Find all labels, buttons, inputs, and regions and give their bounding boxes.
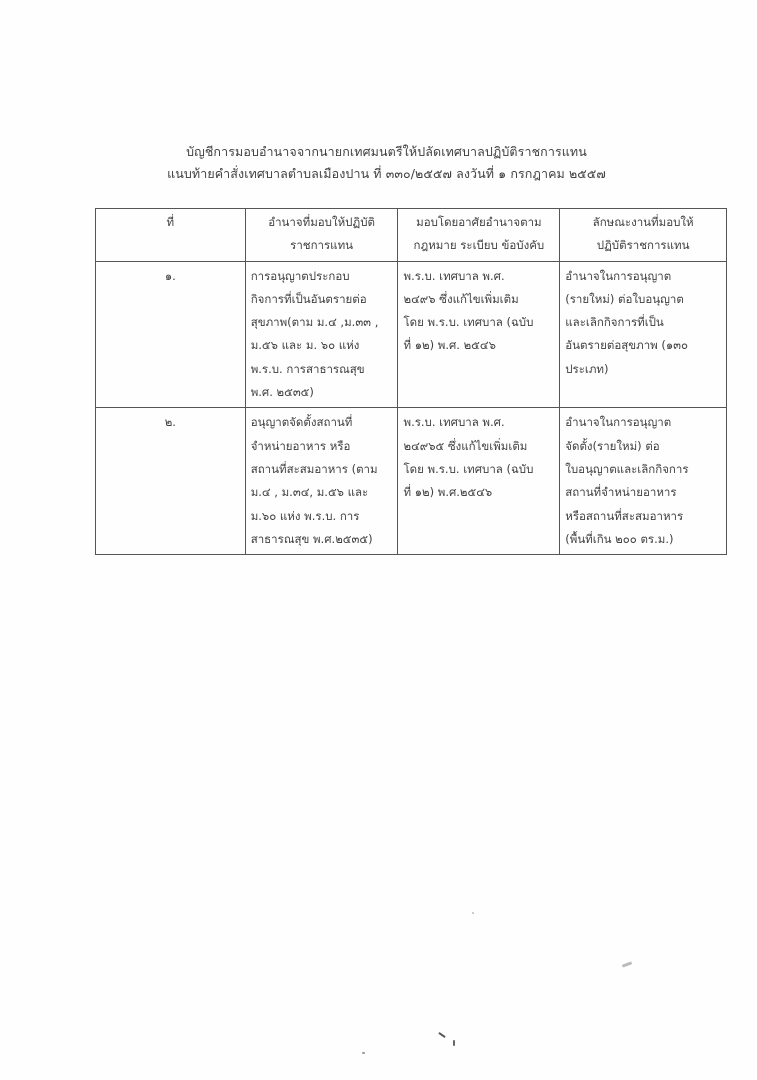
row-delegated-power: การอนุญาตประกอบ กิจการที่เป็นอันตรายต่อ … <box>245 261 398 408</box>
row-legal-basis: พ.ร.บ. เทศบาล พ.ศ. ๒๔๙๖ ซึ่งแก้ไขเพิ่มเต… <box>398 261 560 408</box>
row-legal-basis: พ.ร.บ. เทศบาล พ.ศ. ๒๔๙๖๕ ซึ่งแก้ไขเพิ่มเ… <box>398 408 560 555</box>
document-subtitle: แนบท้ายคำสั่งเทศบาลตำบลเมืองปาน ที่ ๓๓๐/… <box>8 163 757 185</box>
scanned-document-page: บัญชีการมอบอำนาจจากนายกเทศมนตรีให้ปลัดเท… <box>0 0 757 1080</box>
scan-artifact <box>622 961 632 967</box>
scan-artifact <box>472 912 474 914</box>
table-header-row: ที่ อำนาจที่มอบให้ปฏิบัติ ราชการแทน มอบโ… <box>96 209 727 262</box>
document-title: บัญชีการมอบอำนาจจากนายกเทศมนตรีให้ปลัดเท… <box>8 141 757 163</box>
scan-artifact <box>453 1040 455 1046</box>
header-legal-basis: มอบโดยอาศัยอำนาจตาม กฎหมาย ระเบียบ ข้อบั… <box>398 209 560 262</box>
table-row: ๑. การอนุญาตประกอบ กิจการที่เป็นอันตรายต… <box>96 261 727 408</box>
row-number: ๒. <box>96 408 246 555</box>
row-work-nature: อำนาจในการอนุญาต จัดตั้ง(รายใหม่) ต่อ ใบ… <box>560 408 727 555</box>
scan-artifact <box>362 1052 365 1054</box>
delegation-table: ที่ อำนาจที่มอบให้ปฏิบัติ ราชการแทน มอบโ… <box>95 208 727 555</box>
scan-artifact <box>438 1032 446 1038</box>
row-delegated-power: อนุญาตจัดตั้งสถานที่ จำหน่ายอาหาร หรือ ส… <box>245 408 398 555</box>
table-row: ๒. อนุญาตจัดตั้งสถานที่ จำหน่ายอาหาร หรื… <box>96 408 727 555</box>
header-delegated-power: อำนาจที่มอบให้ปฏิบัติ ราชการแทน <box>245 209 398 262</box>
header-number: ที่ <box>96 209 246 262</box>
row-number: ๑. <box>96 261 246 408</box>
row-work-nature: อำนาจในการอนุญาต (รายใหม่) ต่อใบอนุญาต แ… <box>560 261 727 408</box>
header-work-nature: ลักษณะงานที่มอบให้ ปฏิบัติราชการแทน <box>560 209 727 262</box>
